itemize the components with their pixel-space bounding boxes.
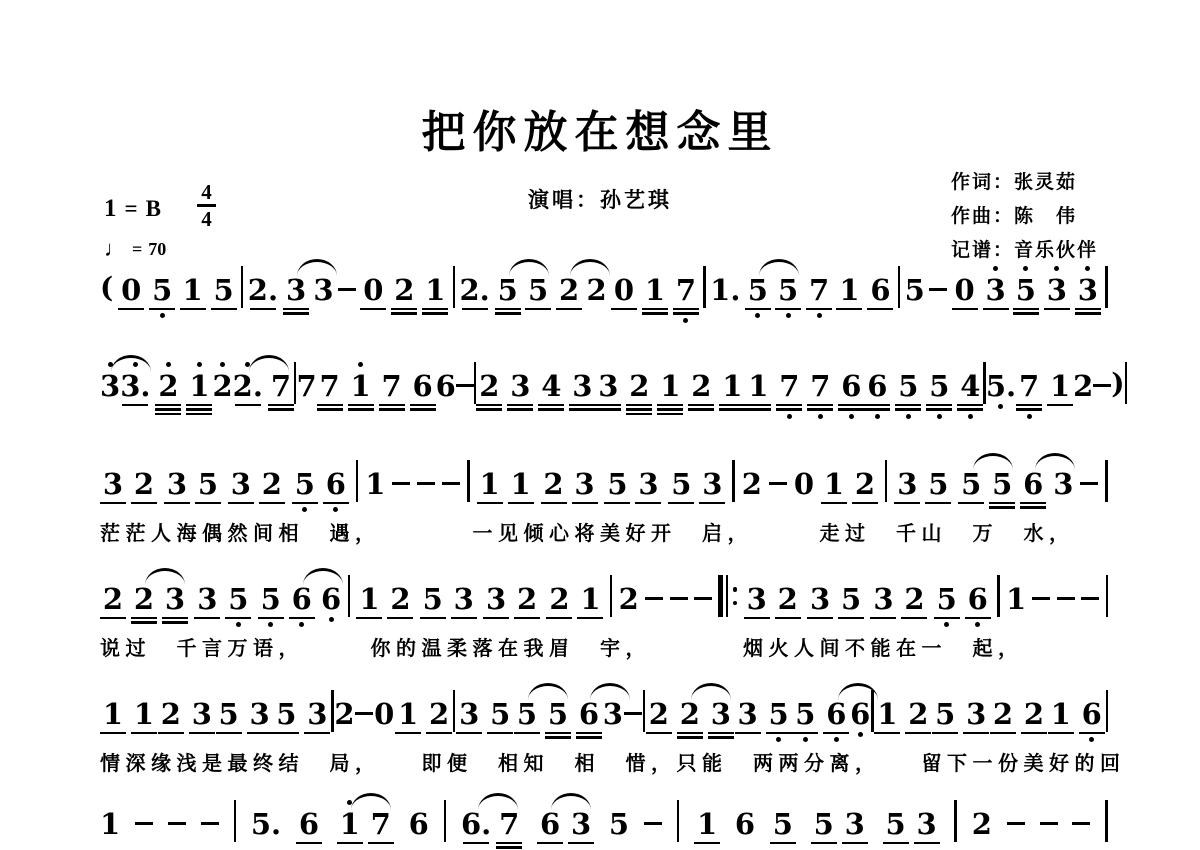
beam-unit: 17 <box>337 796 394 844</box>
octave-dot-below <box>875 414 880 419</box>
note-number: 3 <box>598 371 618 401</box>
beam-unit: 15 <box>180 262 237 310</box>
note: 7 <box>496 796 522 849</box>
note-number: 5 <box>929 371 949 401</box>
octave-dot-above <box>1054 266 1059 271</box>
note: 2 <box>688 358 714 411</box>
note: 0 <box>374 686 394 729</box>
note: 7 <box>368 796 394 844</box>
note-number: 2 <box>778 584 798 614</box>
beam-underline <box>926 404 952 406</box>
octave-dot-below-wrap <box>268 622 273 627</box>
beam-underline <box>162 621 188 623</box>
note-number: 6 <box>540 809 560 839</box>
beam-unit <box>1080 456 1098 485</box>
note-number: 2 <box>103 584 123 614</box>
note-number: 3 <box>510 371 530 401</box>
beam-unit: 533 <box>1013 262 1101 315</box>
note-number: 2 <box>479 371 499 401</box>
beam-underline <box>572 502 598 504</box>
note: 5 <box>895 358 921 419</box>
octave-dot-below-wrap <box>299 622 304 627</box>
beam-underline <box>775 308 801 310</box>
beam-unit <box>885 456 888 502</box>
beam-underline <box>883 842 909 844</box>
beam-underline <box>708 732 734 734</box>
beam-underline <box>538 408 564 410</box>
beam-underline <box>932 732 958 734</box>
note-number: 3 <box>747 584 767 614</box>
beam-unit <box>1040 796 1058 825</box>
beam-underline <box>842 842 868 844</box>
note: 2 <box>391 262 417 315</box>
note: 6 <box>735 796 755 839</box>
octave-dot-below-wrap <box>944 622 949 627</box>
note: 3 <box>164 456 190 504</box>
repeat-dots <box>733 587 738 605</box>
beam-underline <box>337 842 363 844</box>
note: 6 <box>289 571 315 627</box>
note: 3 <box>894 456 920 504</box>
note-number: 6 <box>850 699 870 729</box>
note-number: 2 <box>586 275 606 305</box>
score-line: 1123535320123555632233556612532216情深缘浅是最… <box>100 686 1108 776</box>
note: 5 <box>926 358 952 419</box>
note-number: 3 <box>810 584 830 614</box>
note-number: 3 <box>638 469 658 499</box>
note: 0 <box>118 262 144 310</box>
note-number: 1 <box>351 371 371 401</box>
duration-dash <box>417 482 435 485</box>
parenthesis: ( <box>100 273 113 303</box>
score-line: 323532561112353532012355563茫茫人海偶然间相 遇， 一… <box>100 456 1108 546</box>
beam-unit: 12 <box>821 456 878 504</box>
beam-underline <box>952 308 978 310</box>
barline <box>997 575 1000 617</box>
note: 7 <box>296 358 316 401</box>
note: 2 <box>626 358 652 415</box>
note: 2 <box>586 262 606 305</box>
beam-underline <box>391 308 417 310</box>
score: (05152.330212.55220171.5571650353333.212… <box>100 0 1108 850</box>
octave-dot-below-wrap <box>875 414 880 419</box>
note: 3 <box>247 686 273 734</box>
music-line: 15.61766.763516553532 <box>100 796 1108 850</box>
beam-underline <box>983 308 1009 310</box>
note: 3 <box>456 686 482 734</box>
note: 4 <box>538 358 564 411</box>
note: 0 <box>794 456 814 499</box>
note: 3 <box>1053 456 1073 499</box>
octave-dot-above <box>358 362 363 367</box>
beam-underline <box>456 732 482 734</box>
beam-underline <box>1020 502 1046 504</box>
barline <box>348 575 351 617</box>
beam-underline <box>957 408 983 410</box>
note-number: 2 <box>1073 371 1093 401</box>
music-line: (05152.330212.55220171.55716503533 <box>100 262 1108 323</box>
octave-dot-below <box>1027 414 1032 419</box>
beam-underline <box>807 617 833 619</box>
note-number: 5 <box>795 699 815 729</box>
note-number: 1 <box>580 584 600 614</box>
note: 1 <box>422 262 448 315</box>
note-number: 3 <box>737 699 757 729</box>
note-number: 3 <box>192 699 212 729</box>
note-number: 1 <box>189 371 209 401</box>
beam-underline <box>250 308 276 310</box>
beam-unit <box>392 456 410 485</box>
beam-underline <box>422 312 448 314</box>
note-number: 1 <box>1050 371 1070 401</box>
note: 1 <box>1048 686 1074 734</box>
beam-underline <box>688 408 714 410</box>
beam-unit: 53 <box>420 571 477 619</box>
beam-unit <box>929 262 947 291</box>
note-number: 7 <box>809 275 829 305</box>
note: 3. <box>120 358 150 406</box>
beam-unit: 53 <box>811 796 868 844</box>
beam-underline <box>1048 732 1074 734</box>
note-number: 2 <box>158 371 178 401</box>
note: 3 <box>635 456 661 504</box>
barline <box>234 800 237 842</box>
octave-dot-below <box>834 737 839 742</box>
barline <box>954 800 957 842</box>
note: 5 <box>273 686 299 734</box>
note-number: 5 <box>548 699 568 729</box>
note: 1 <box>719 358 745 411</box>
note-number: 5 <box>517 699 537 729</box>
octave-dot-below-wrap <box>817 313 822 318</box>
beam-underline <box>451 617 477 619</box>
note-number: 5 <box>992 469 1012 499</box>
beam-unit <box>732 456 735 502</box>
beam-underline <box>673 312 699 314</box>
note-number: 5 <box>814 809 834 839</box>
beam-underline <box>646 732 672 734</box>
note: 5 <box>211 262 237 310</box>
beam-underline <box>162 617 188 619</box>
note-number: 1 <box>100 809 120 839</box>
note-number: 2 <box>680 699 700 729</box>
beam-underline <box>525 308 551 310</box>
octave-dot-below-wrap <box>236 622 241 627</box>
beam-underline <box>546 617 572 619</box>
sheet-music-page: 把你放在想念里 演唱：孙艺琪 作词：张灵茹 作曲：陈 伟 记谱：音乐伙伴 1 =… <box>0 0 1200 850</box>
note: 6 <box>864 358 890 419</box>
note-number: 6 <box>299 809 319 839</box>
note-number: 2 <box>134 584 154 614</box>
note: 5 <box>745 262 771 318</box>
beam-underline <box>155 404 181 406</box>
note: 5 <box>792 686 818 742</box>
octave-dot-below <box>755 313 760 318</box>
octave-dot-below-wrap <box>1089 737 1094 742</box>
beam-unit: 3 <box>313 262 333 305</box>
note: 5. <box>986 358 1016 409</box>
octave-dot-below <box>849 414 854 419</box>
beam-unit <box>1105 262 1108 308</box>
octave-dot-below-wrap <box>755 313 760 318</box>
beam-underline <box>1021 732 1047 734</box>
note-number: 3 <box>103 469 123 499</box>
octave-dot-below-wrap <box>906 414 911 419</box>
note-number: 2 <box>742 469 762 499</box>
beam-unit: 5 <box>905 262 925 305</box>
note-number: 5 <box>261 584 281 614</box>
note: 2 <box>901 571 927 619</box>
beam-underline <box>569 408 595 410</box>
beam-underline <box>874 732 900 734</box>
music-line: 323532561112353532012355563 <box>100 456 1108 512</box>
duration-dash <box>644 822 662 825</box>
note: 3 <box>572 456 598 504</box>
note: 5 <box>811 796 837 844</box>
beam-underline <box>360 308 386 310</box>
note: 5 <box>292 456 318 512</box>
note: 6 <box>823 686 849 742</box>
note: 2. <box>459 262 489 310</box>
note: 1 <box>745 358 771 411</box>
beam-unit: ) <box>1111 358 1124 399</box>
note-number: 0 <box>614 275 634 305</box>
note: 3 <box>914 796 940 844</box>
note-number: 3 <box>307 699 327 729</box>
duration-dash <box>201 822 219 825</box>
note: 2 <box>619 571 639 614</box>
beam-underline <box>576 732 602 734</box>
note-number: 2 <box>619 584 639 614</box>
note-number: 3 <box>286 275 306 305</box>
beam-unit: 2.7 <box>233 358 294 411</box>
note-number: 4 <box>541 371 561 401</box>
beam-underline <box>657 413 683 415</box>
note-number: 5 <box>295 469 315 499</box>
duration-dash <box>1040 822 1058 825</box>
note-number: 6 <box>867 371 887 401</box>
note: 3 <box>283 262 309 315</box>
note-number: 5 <box>935 699 955 729</box>
beam-unit: 03 <box>952 262 1009 310</box>
beam-unit: 2 <box>586 262 606 305</box>
beam-underline <box>216 732 242 734</box>
beam-unit <box>467 456 470 502</box>
beam-underline <box>673 308 699 310</box>
note-number: 3 <box>873 584 893 614</box>
beam-underline <box>379 408 405 410</box>
note-number: 3 <box>574 469 594 499</box>
note-number: 2 <box>212 371 232 401</box>
note-number: 5 <box>898 371 918 401</box>
note-number: 6 <box>735 809 755 839</box>
beam-underline <box>635 502 661 504</box>
beam-underline <box>422 308 448 310</box>
beam-unit: 71 <box>1016 358 1073 419</box>
note: 5 <box>604 456 630 504</box>
note-number: 1 <box>1051 699 1071 729</box>
beam-underline <box>289 617 315 619</box>
octave-dot-below-wrap <box>849 414 854 419</box>
note-number: 5 <box>928 469 948 499</box>
note: 3 <box>983 262 1009 310</box>
note: 2 <box>514 571 540 619</box>
beam-unit <box>1081 571 1099 600</box>
note: 1 <box>477 456 503 504</box>
note: 3 <box>228 456 254 504</box>
note: 2 <box>212 358 232 401</box>
note: 6. <box>461 796 491 844</box>
beam-underline <box>186 404 212 406</box>
beam-underline <box>1016 408 1042 410</box>
beam-underline <box>719 408 745 410</box>
beam-unit: 5 <box>745 262 771 318</box>
beam-underline <box>626 404 652 406</box>
beam-unit: 35 <box>456 686 513 734</box>
beam-unit: 23 <box>541 456 598 504</box>
beam-underline <box>462 308 488 310</box>
beam-unit <box>997 571 1000 617</box>
note-number: 1 <box>645 275 665 305</box>
barline <box>643 690 646 732</box>
duration-dash <box>929 288 947 291</box>
parenthesis: ) <box>1111 369 1124 399</box>
beam-unit <box>718 571 737 617</box>
octave-dot-below-wrap <box>786 313 791 318</box>
note: 5 <box>225 571 251 627</box>
note-number: 1 <box>839 275 859 305</box>
note-number: 6. <box>461 809 491 839</box>
beam-unit: 6.7 <box>461 796 522 849</box>
beam-underline <box>131 732 157 734</box>
note-number: 1 <box>103 699 123 729</box>
beam-unit: 32 <box>228 456 285 504</box>
note-number: 0 <box>363 275 383 305</box>
beam-underline <box>155 408 181 410</box>
beam-underline <box>356 617 382 619</box>
duration-dash <box>135 822 153 825</box>
octave-dot-below <box>787 414 792 419</box>
note-number: 5 <box>885 809 905 839</box>
note: 2 <box>852 456 878 504</box>
barline <box>241 266 244 308</box>
beam-underline <box>496 846 522 848</box>
note: 1. <box>710 262 740 305</box>
note-number: 1 <box>365 469 385 499</box>
beam-underline <box>164 502 190 504</box>
beam-underline <box>514 732 540 734</box>
beam-underline <box>507 408 533 410</box>
beam-underline <box>1075 312 1101 314</box>
note: 5 <box>514 686 540 734</box>
beam-underline <box>745 404 771 406</box>
note-number: 3 <box>966 699 986 729</box>
duration-dash <box>168 822 186 825</box>
beam-unit: 2 <box>212 358 232 401</box>
barline <box>732 460 735 502</box>
note: 5 <box>883 796 909 844</box>
note-number: 5 <box>528 275 548 305</box>
beam-unit: 56 <box>292 456 349 512</box>
note: 6 <box>323 456 349 512</box>
duration-dash <box>1081 597 1099 600</box>
beam-unit: 53 <box>932 686 989 734</box>
note-number: 0 <box>121 275 141 305</box>
octave-dot-above <box>993 266 998 271</box>
note: 1 <box>131 686 157 734</box>
note-number: 3 <box>1078 275 1098 305</box>
note-number: 6 <box>1023 469 1043 499</box>
note: 5 <box>545 686 571 739</box>
lyrics-line: 说过 千言万语， 你的温柔落在我眉 宇， 烟火人间不能在一 起， <box>100 632 1108 661</box>
note: 7 <box>807 358 833 419</box>
note-number: 5 <box>778 275 798 305</box>
octave-dot-below-wrap <box>329 617 334 622</box>
note: 1 <box>356 571 382 619</box>
note: 1 <box>836 262 862 310</box>
beam-unit: 5 <box>770 796 796 844</box>
beam-unit <box>444 796 447 842</box>
beam-underline <box>100 617 126 619</box>
beam-underline <box>657 404 683 406</box>
score-line: (05152.330212.55220171.55716503533 <box>100 262 1108 323</box>
beam-unit: 6554 <box>864 358 983 419</box>
note-number: 2 <box>908 699 928 729</box>
beam-underline <box>745 408 771 410</box>
beam-underline <box>604 502 630 504</box>
note: 1 <box>1006 571 1026 614</box>
beam-underline <box>807 404 833 406</box>
note: 2 <box>387 571 413 619</box>
note-number: 2 <box>394 275 414 305</box>
note-number: 1 <box>660 371 680 401</box>
note-number: 5 <box>218 699 238 729</box>
duration-dash <box>1032 597 1050 600</box>
note: 6 <box>410 358 436 411</box>
octave-dot-below-wrap <box>1027 414 1032 419</box>
barline <box>885 460 888 502</box>
note-number: 7 <box>810 371 830 401</box>
beam-unit <box>417 456 435 485</box>
octave-dot-below <box>968 414 973 419</box>
note: 3 <box>569 358 595 411</box>
beam-underline <box>595 404 621 406</box>
beam-underline <box>569 404 595 406</box>
note-number: 6 <box>321 584 341 614</box>
note-number: 5 <box>228 584 248 614</box>
note: 3 <box>699 456 725 504</box>
note-number: 5 <box>905 275 925 305</box>
duration-dash <box>392 482 410 485</box>
octave-dot-below <box>944 622 949 627</box>
octave-dot-below <box>160 313 165 318</box>
note: 6 <box>537 796 563 844</box>
beam-unit: 12 <box>874 686 931 734</box>
beam-unit: 556 <box>514 686 602 739</box>
beam-underline <box>934 617 960 619</box>
note: 3 <box>100 358 120 401</box>
note-number: 3 <box>571 809 591 839</box>
octave-dot-below-wrap <box>937 414 942 419</box>
beam-unit: 5. <box>986 358 1016 409</box>
note: 0 <box>611 262 637 310</box>
score-line: 33.2122.7771766234332121177665545.712) <box>100 358 1108 419</box>
music-line: 1123535320123555632233556612532216 <box>100 686 1108 742</box>
beam-unit: 21 <box>546 571 603 619</box>
note-number: 3 <box>165 584 185 614</box>
octave-dot-below-wrap <box>683 318 688 323</box>
note-number: 6 <box>870 275 890 305</box>
